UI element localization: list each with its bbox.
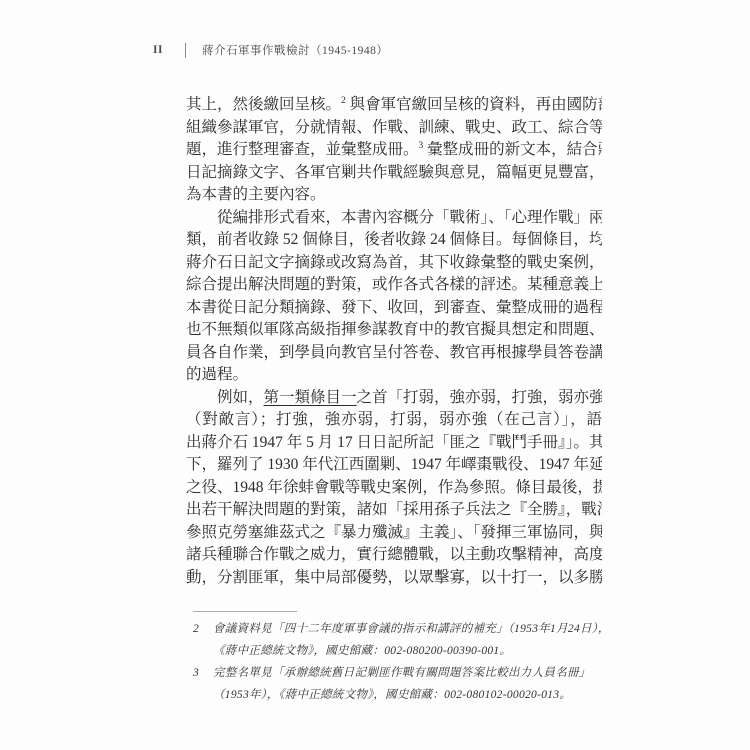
text-segment: 為本書的主要內容。 bbox=[186, 186, 326, 203]
footnote-line: 《蔣中正總統文物》，國史館藏：002-080200-00390-001。 bbox=[213, 640, 610, 662]
text-segment: 彙整成冊的新文本，結合蔣 bbox=[423, 141, 602, 158]
body-text: 其上，然後繳回呈核。2 與會軍官繳回呈核的資料，再由國防部組織參謀軍官，分就情報… bbox=[186, 94, 602, 589]
page-number: II bbox=[153, 44, 185, 56]
text-line: 的過程。 bbox=[186, 364, 602, 387]
text-segment: 蔣介石日記文字摘錄或改寫為首，其下收錄彙整的戰史案例，並 bbox=[186, 254, 602, 271]
footnotes: 2會議資料見「四十二年度軍事會議的指示和講評的補充」（1953年1月24日），《… bbox=[193, 618, 607, 706]
book-title: 蔣介石軍事作戰檢討（1945-1948） bbox=[202, 42, 388, 58]
text-line: 綜合提出解決問題的對策，或作各式各樣的評述。某種意義上， bbox=[186, 274, 602, 297]
footnote-separator bbox=[193, 611, 297, 612]
text-segment: 與會軍官繳回呈核的資料，再由國防部 bbox=[346, 96, 602, 113]
book-page: II 蔣介石軍事作戰檢討（1945-1948） 其上，然後繳回呈核。2 與會軍官… bbox=[0, 0, 750, 750]
text-segment: 動，分割匪軍，集中局部優勢，以眾擊寡，以十打一，以多勝少 bbox=[186, 569, 602, 586]
footnote-line: （1953年），《蔣中正總統文物》，國史館藏：002-080102-00020-… bbox=[213, 684, 607, 706]
text-segment: 題，進行整理審查，並彙整成冊。 bbox=[186, 141, 419, 158]
text-line: 員各自作業，到學員向教官呈付答卷、教官再根據學員答卷講評 bbox=[186, 342, 602, 365]
text-segment: 參照克勞塞維茲式之『暴力殲滅』主義」、「發揮三軍協同，與 bbox=[186, 524, 602, 541]
text-segment: （對敵言）；打強，強亦弱，打弱，弱亦強（在己言）」，語 bbox=[186, 411, 602, 428]
text-line: 類，前者收錄 52 個條目，後者收錄 24 個條目。每個條目，均以 bbox=[186, 229, 602, 252]
text-line: 蔣介石日記文字摘錄或改寫為首，其下收錄彙整的戰史案例，並 bbox=[186, 252, 602, 275]
footnote-line: 完整名單見「承辦總統舊日記剿匪作戰有關問題答案比較出力人員名冊」 bbox=[213, 662, 607, 684]
text-line: 本書從日記分類摘錄、發下、收回，到審查、彙整成冊的過程， bbox=[186, 297, 602, 320]
text-segment: 之首「打弱，強亦弱，打強，弱亦強 bbox=[357, 389, 602, 406]
header-divider bbox=[185, 43, 186, 58]
text-segment: 日記摘錄文字、各軍官剿共作戰經驗與意見，篇幅更見豐富，即 bbox=[186, 164, 602, 181]
text-line: 從編排形式看來，本書內容概分「戰術」、「心理作戰」兩 bbox=[186, 207, 602, 230]
footnote-item: 3完整名單見「承辦總統舊日記剿匪作戰有關問題答案比較出力人員名冊」（1953年）… bbox=[193, 662, 607, 706]
text-segment: 諸兵種聯合作戰之威力，實行總體戰，以主動攻擊精神，高度機 bbox=[186, 546, 602, 563]
text-line: 動，分割匪軍，集中局部優勢，以眾擊寡，以十打一，以多勝少 bbox=[186, 567, 602, 590]
footnote-line: 會議資料見「四十二年度軍事會議的指示和講評的補充」（1953年1月24日）， bbox=[213, 618, 610, 640]
text-line: （對敵言）；打強，強亦弱，打弱，弱亦強（在己言）」，語 bbox=[186, 409, 602, 432]
text-segment: 下，羅列了 1930 年代江西圍剿、1947 年嶧棗戰役、1947 年延安 bbox=[186, 456, 602, 473]
text-line: 之役、1948 年徐蚌會戰等戰史案例，作為參照。條目最後，提 bbox=[186, 477, 602, 500]
text-line: 出蔣介石 1947 年 5 月 17 日日記所記「匪之『戰鬥手冊』」。其 bbox=[186, 432, 602, 455]
underlined-term: 第一類條目一 bbox=[264, 389, 357, 406]
text-segment: 類，前者收錄 52 個條目，後者收錄 24 個條目。每個條目，均以 bbox=[186, 231, 602, 248]
text-line: 組織參謀軍官，分就情報、作戰、訓練、戰史、政工、綜合等議 bbox=[186, 117, 602, 140]
text-segment: 本書從日記分類摘錄、發下、收回，到審查、彙整成冊的過程， bbox=[186, 299, 602, 316]
text-segment: 員各自作業，到學員向教官呈付答卷、教官再根據學員答卷講評 bbox=[186, 344, 602, 361]
text-segment: 組織參謀軍官，分就情報、作戰、訓練、戰史、政工、綜合等議 bbox=[186, 119, 602, 136]
footnote-text: 會議資料見「四十二年度軍事會議的指示和講評的補充」（1953年1月24日），《蔣… bbox=[213, 618, 610, 662]
text-line: 諸兵種聯合作戰之威力，實行總體戰，以主動攻擊精神，高度機 bbox=[186, 544, 602, 567]
text-segment: 出蔣介石 1947 年 5 月 17 日日記所記「匪之『戰鬥手冊』」。其 bbox=[186, 434, 602, 451]
text-line: 也不無類似軍隊高級指揮參謀教育中的教官擬具想定和問題、學 bbox=[186, 319, 602, 342]
text-line: 其上，然後繳回呈核。2 與會軍官繳回呈核的資料，再由國防部 bbox=[186, 94, 602, 117]
text-line: 例如，第一類條目一之首「打弱，強亦弱，打強，弱亦強 bbox=[186, 387, 602, 410]
text-segment: 綜合提出解決問題的對策，或作各式各樣的評述。某種意義上， bbox=[186, 276, 602, 293]
text-line: 參照克勞塞維茲式之『暴力殲滅』主義」、「發揮三軍協同，與 bbox=[186, 522, 602, 545]
text-line: 為本書的主要內容。 bbox=[186, 184, 602, 207]
text-line: 題，進行整理審查，並彙整成冊。3 彙整成冊的新文本，結合蔣 bbox=[186, 139, 602, 162]
text-segment: 從編排形式看來，本書內容概分「戰術」、「心理作戰」兩 bbox=[217, 209, 602, 226]
text-segment: 之役、1948 年徐蚌會戰等戰史案例，作為參照。條目最後，提 bbox=[186, 479, 602, 496]
text-segment: 其上，然後繳回呈核。 bbox=[186, 96, 341, 113]
footnote-text: 完整名單見「承辦總統舊日記剿匪作戰有關問題答案比較出力人員名冊」（1953年），… bbox=[213, 662, 607, 706]
text-segment: 例如， bbox=[217, 389, 264, 406]
footnote-number: 2 bbox=[193, 618, 213, 640]
footnote-number: 3 bbox=[193, 662, 213, 684]
running-header: II 蔣介石軍事作戰檢討（1945-1948） bbox=[153, 42, 388, 58]
text-line: 下，羅列了 1930 年代江西圍剿、1947 年嶧棗戰役、1947 年延安 bbox=[186, 454, 602, 477]
text-segment: 出若干解決問題的對策，諸如「採用孫子兵法之『全勝』，戰法 bbox=[186, 501, 602, 518]
text-segment: 的過程。 bbox=[186, 366, 248, 383]
text-segment: 也不無類似軍隊高級指揮參謀教育中的教官擬具想定和問題、學 bbox=[186, 321, 602, 338]
text-line: 日記摘錄文字、各軍官剿共作戰經驗與意見，篇幅更見豐富，即 bbox=[186, 162, 602, 185]
text-line: 出若干解決問題的對策，諸如「採用孫子兵法之『全勝』，戰法 bbox=[186, 499, 602, 522]
footnote-item: 2會議資料見「四十二年度軍事會議的指示和講評的補充」（1953年1月24日），《… bbox=[193, 618, 607, 662]
